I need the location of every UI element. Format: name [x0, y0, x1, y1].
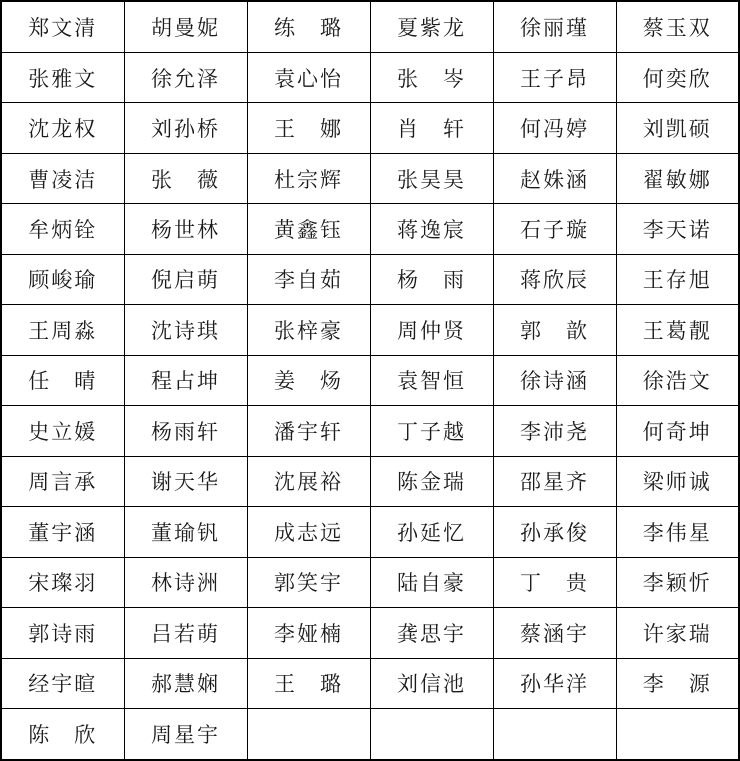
name-cell: 董瑜钒: [124, 507, 247, 557]
name-cell: 梁师诚: [616, 456, 739, 506]
name-cell: 宋璨羽: [1, 557, 124, 607]
name-cell: 杨世林: [124, 204, 247, 254]
name-cell: 蔡涵宇: [493, 608, 616, 658]
name-cell: 沈龙权: [1, 103, 124, 153]
name-cell: 王 璐: [247, 658, 370, 708]
table-row: 牟炳铨杨世林黄鑫钰蒋逸宸石子璇李天诺: [1, 204, 739, 254]
name-cell: 陈 欣: [1, 709, 124, 760]
name-cell: 练 璐: [247, 1, 370, 52]
empty-cell: [616, 709, 739, 760]
table-row: 宋璨羽林诗洲郭笑宇陆自豪丁 贵李颖忻: [1, 557, 739, 607]
name-cell: 石子璇: [493, 204, 616, 254]
name-cell: 杨雨轩: [124, 406, 247, 456]
name-cell: 任 晴: [1, 355, 124, 405]
table-row: 郑文清胡曼妮练 璐夏紫龙徐丽瑾蔡玉双: [1, 1, 739, 52]
name-cell: 周言承: [1, 456, 124, 506]
name-cell: 丁子越: [370, 406, 493, 456]
name-cell: 李伟星: [616, 507, 739, 557]
name-cell: 张昊昊: [370, 153, 493, 203]
name-cell: 夏紫龙: [370, 1, 493, 52]
name-cell: 黄鑫钰: [247, 204, 370, 254]
name-cell: 徐浩文: [616, 355, 739, 405]
name-cell: 刘凯硕: [616, 103, 739, 153]
name-cell: 王子昂: [493, 52, 616, 102]
name-cell: 郑文清: [1, 1, 124, 52]
name-cell: 赵姝涵: [493, 153, 616, 203]
name-cell: 郭笑宇: [247, 557, 370, 607]
name-cell: 顾峻瑜: [1, 254, 124, 304]
name-cell: 程占坤: [124, 355, 247, 405]
table-row: 郭诗雨吕若萌李娅楠龚思宇蔡涵宇许家瑞: [1, 608, 739, 658]
table-row: 张雅文徐允泽袁心怡张 岑王子昂何奕欣: [1, 52, 739, 102]
name-cell: 姜 炀: [247, 355, 370, 405]
name-cell: 丁 贵: [493, 557, 616, 607]
name-cell: 王周淼: [1, 305, 124, 355]
name-cell: 郭诗雨: [1, 608, 124, 658]
name-cell: 史立媛: [1, 406, 124, 456]
table-row: 任 晴程占坤姜 炀袁智恒徐诗涵徐浩文: [1, 355, 739, 405]
table-row: 史立媛杨雨轩潘宇轩丁子越李沛尧何奇坤: [1, 406, 739, 456]
empty-cell: [493, 709, 616, 760]
name-cell: 孙华洋: [493, 658, 616, 708]
name-cell: 刘孙桥: [124, 103, 247, 153]
name-cell: 翟敏娜: [616, 153, 739, 203]
table-row: 周言承谢天华沈展裕陈金瑞邵星齐梁师诚: [1, 456, 739, 506]
name-cell: 王存旭: [616, 254, 739, 304]
name-cell: 沈诗琪: [124, 305, 247, 355]
name-cell: 王葛靓: [616, 305, 739, 355]
name-cell: 杜宗辉: [247, 153, 370, 203]
name-cell: 陆自豪: [370, 557, 493, 607]
name-cell: 周星宇: [124, 709, 247, 760]
name-cell: 李 源: [616, 658, 739, 708]
name-cell: 李颖忻: [616, 557, 739, 607]
table-row: 曹凌洁张 薇杜宗辉张昊昊赵姝涵翟敏娜: [1, 153, 739, 203]
table-row: 董宇涵董瑜钒成志远孙延忆孙承俊李伟星: [1, 507, 739, 557]
name-table-body: 郑文清胡曼妮练 璐夏紫龙徐丽瑾蔡玉双张雅文徐允泽袁心怡张 岑王子昂何奕欣沈龙权刘…: [1, 1, 739, 760]
name-cell: 龚思宇: [370, 608, 493, 658]
name-cell: 经宇暄: [1, 658, 124, 708]
name-cell: 李娅楠: [247, 608, 370, 658]
name-cell: 何奇坤: [616, 406, 739, 456]
name-cell: 许家瑞: [616, 608, 739, 658]
name-cell: 袁心怡: [247, 52, 370, 102]
name-cell: 潘宇轩: [247, 406, 370, 456]
name-cell: 林诗洲: [124, 557, 247, 607]
name-cell: 张梓豪: [247, 305, 370, 355]
name-cell: 袁智恒: [370, 355, 493, 405]
name-cell: 徐允泽: [124, 52, 247, 102]
name-cell: 谢天华: [124, 456, 247, 506]
table-row: 陈 欣周星宇: [1, 709, 739, 760]
name-cell: 曹凌洁: [1, 153, 124, 203]
name-cell: 牟炳铨: [1, 204, 124, 254]
name-cell: 郝慧娴: [124, 658, 247, 708]
name-cell: 成志远: [247, 507, 370, 557]
name-cell: 肖 轩: [370, 103, 493, 153]
name-cell: 倪启萌: [124, 254, 247, 304]
name-cell: 张 薇: [124, 153, 247, 203]
name-cell: 蔡玉双: [616, 1, 739, 52]
name-cell: 徐诗涵: [493, 355, 616, 405]
name-cell: 陈金瑞: [370, 456, 493, 506]
name-cell: 胡曼妮: [124, 1, 247, 52]
name-cell: 张 岑: [370, 52, 493, 102]
table-row: 经宇暄郝慧娴王 璐刘信池孙华洋李 源: [1, 658, 739, 708]
name-cell: 郭 歆: [493, 305, 616, 355]
name-cell: 王 娜: [247, 103, 370, 153]
table-row: 沈龙权刘孙桥王 娜肖 轩何冯婷刘凯硕: [1, 103, 739, 153]
name-cell: 何奕欣: [616, 52, 739, 102]
name-cell: 蒋欣辰: [493, 254, 616, 304]
table-row: 顾峻瑜倪启萌李自茹杨 雨蒋欣辰王存旭: [1, 254, 739, 304]
name-cell: 何冯婷: [493, 103, 616, 153]
name-cell: 董宇涵: [1, 507, 124, 557]
table-row: 王周淼沈诗琪张梓豪周仲贤郭 歆王葛靓: [1, 305, 739, 355]
name-cell: 蒋逸宸: [370, 204, 493, 254]
empty-cell: [370, 709, 493, 760]
name-cell: 孙延忆: [370, 507, 493, 557]
name-cell: 吕若萌: [124, 608, 247, 658]
name-cell: 李自茹: [247, 254, 370, 304]
name-cell: 李天诺: [616, 204, 739, 254]
empty-cell: [247, 709, 370, 760]
name-cell: 孙承俊: [493, 507, 616, 557]
name-cell: 杨 雨: [370, 254, 493, 304]
name-cell: 徐丽瑾: [493, 1, 616, 52]
name-cell: 李沛尧: [493, 406, 616, 456]
name-cell: 张雅文: [1, 52, 124, 102]
name-cell: 刘信池: [370, 658, 493, 708]
name-cell: 邵星齐: [493, 456, 616, 506]
name-cell: 沈展裕: [247, 456, 370, 506]
name-cell: 周仲贤: [370, 305, 493, 355]
name-roster-table: 郑文清胡曼妮练 璐夏紫龙徐丽瑾蔡玉双张雅文徐允泽袁心怡张 岑王子昂何奕欣沈龙权刘…: [0, 0, 740, 761]
